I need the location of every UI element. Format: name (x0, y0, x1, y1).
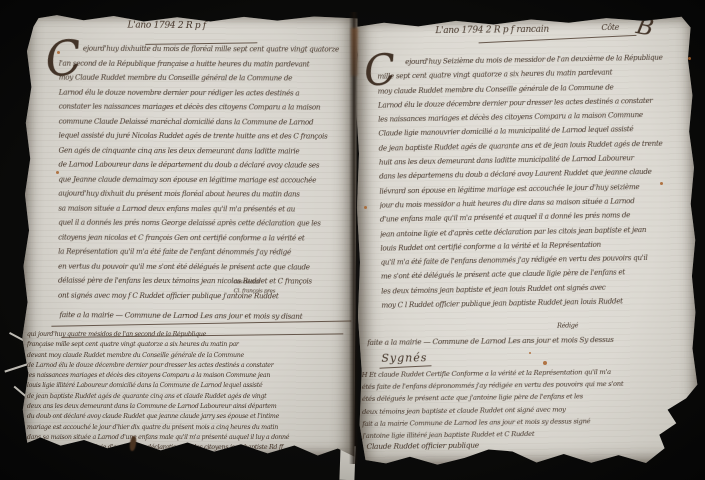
handwritten-line: cus déclar (234, 278, 276, 287)
handwritten-line: française mille sept cent quatre vingt q… (27, 340, 353, 350)
handwritten-line: de Larnod Laboureur dans le département … (58, 158, 356, 174)
right-act2-text: H Et claude Ruddet Certifie Conforme a l… (362, 365, 699, 442)
handwritten-line: quel il a donnés les prés noms George de… (58, 216, 356, 232)
handwritten-line: la Représentation qu'il m'a été faite de… (58, 245, 356, 261)
handwritten-line: l'an second de la République française a… (59, 56, 357, 72)
foxing-spot (543, 361, 547, 365)
handwritten-line: qui jourd'huy quatre mésidos de l'an sec… (27, 330, 353, 340)
handwritten-line: Larnod élu le douze novembre dernier pou… (59, 85, 357, 101)
right-act1-text: ejourd'huy Seizième du mois de messidor … (377, 50, 697, 313)
ink-stain (351, 28, 358, 76)
handwritten-line: aujourd'huy dixhuit du présent mois flor… (58, 187, 356, 203)
handwritten-line: moy Claude Ruddet membre du Conseille gé… (59, 71, 357, 87)
corner-initial: B (634, 13, 655, 42)
handwritten-line: constater les naissances mariages et déc… (59, 100, 357, 116)
handwritten-line: commune Claude Delaissé maréchal domicil… (59, 114, 357, 130)
left-act1-text: ejourd'huy dixhuitte du mois de floréal … (58, 42, 357, 304)
handwritten-line: devant moy claude Ruddet membre du Conse… (27, 351, 353, 361)
foxing-spot (57, 51, 60, 54)
handwritten-line: sa maison située a Larnod deux enfans ma… (58, 201, 356, 217)
left-page-header: L'ano 1794 2 R p f (127, 21, 206, 32)
right-closing-line: faite a la mairie — Commune de Larnod Le… (367, 334, 693, 347)
handwritten-line: ejourd'huy dixhuitte du mois de floréal … (59, 42, 357, 58)
handwritten-line: Gen agés de cinquante cinq ans les deux … (58, 143, 356, 159)
handwritten-line: les naissances mariages et décès des cit… (27, 371, 353, 381)
handwritten-line: les prés noms françois ligie d'après cet… (27, 443, 353, 453)
handwritten-line: de jean baptiste Ruddet agés de quarante… (27, 392, 353, 402)
handwritten-line: du doub ont déclaré avoy claude Ruddet q… (27, 412, 353, 422)
separator-stroke (51, 320, 351, 326)
foxing-spot (660, 182, 663, 185)
handwritten-line: mariage est accouché le jour d'hier dix … (27, 423, 353, 433)
manuscript-scan: L'ano 1794 2 R p f C ejourd'huy dixhuitt… (0, 0, 705, 480)
left-margin-note: cus déclarCl. françois pres (234, 278, 276, 296)
handwritten-line: en vertus du pouvoir qu'il me s'ont été … (58, 259, 356, 275)
left-page: L'ano 1794 2 R p f C ejourd'huy dixhuitt… (20, 11, 357, 461)
redige-note: Rédigé (557, 321, 578, 329)
corner-label: Côte (601, 23, 619, 32)
handwritten-line: louis ligie illitéré Laboureur domicilié… (27, 381, 353, 391)
header-underline (479, 35, 637, 43)
signed-label: Sygnés (381, 351, 427, 365)
handwritten-line: lequel assisté du juré Nicolas Ruddet ag… (59, 129, 357, 145)
foxing-spot (529, 352, 531, 354)
handwritten-line: Cl. françois pres (234, 287, 276, 296)
ink-stain (129, 436, 137, 452)
foxing-spot (364, 206, 367, 209)
handwritten-line: que Jeanne claude demaimay son épouse en… (58, 172, 356, 188)
right-page-header: L'ano 1794 2 R p f rancain (435, 25, 549, 36)
handwritten-line: de Larnod élu le douze décembre dernier … (27, 361, 353, 371)
foxing-spot (56, 171, 59, 174)
gutter-shadow (349, 12, 358, 464)
right-page: L'ano 1794 2 R p f rancain Côte B C ejou… (353, 14, 700, 470)
officer-line: Claude Ruddet officier publique (366, 441, 479, 451)
handwritten-line: citoyens jean nicolas et C françois Gen … (58, 230, 356, 246)
handwritten-line: dans sa maison située a Larnod d'une enf… (27, 433, 353, 443)
handwritten-line: ont signés avec moy f C Ruddet officier … (58, 288, 356, 304)
left-closing-line: faite a la mairie — Commune de Larnod Le… (59, 310, 351, 321)
handwritten-line: délaissé père de l'enfans les deux témoi… (58, 274, 356, 290)
left-act2-text: qui jourd'huy quatre mésidos de l'an sec… (27, 330, 353, 454)
handwritten-line: deux ans les deux demeurant dans la Comm… (27, 402, 353, 412)
foxing-spot (688, 57, 691, 60)
